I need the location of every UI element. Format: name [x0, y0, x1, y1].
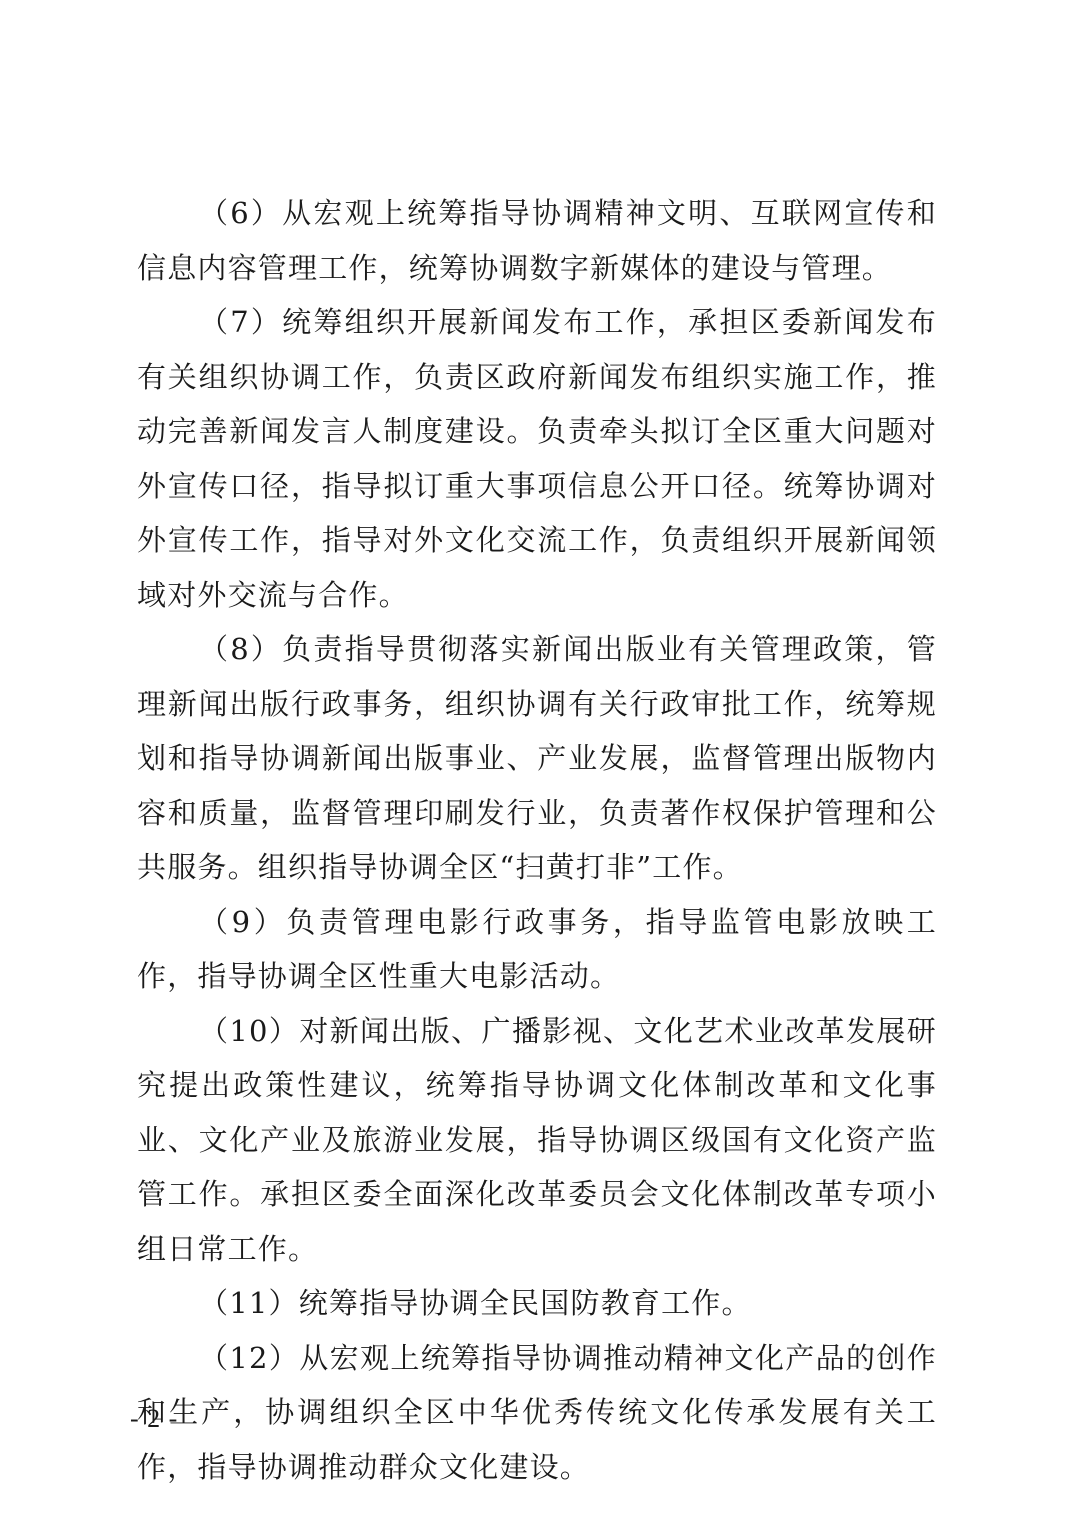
paragraph-item-9: （9）负责管理电影行政事务，指导监管电影放映工作，指导协调全区性重大电影活动。: [137, 895, 937, 1004]
paragraph-item-6: （6）从宏观上统筹指导协调精神文明、互联网宣传和信息内容管理工作，统筹协调数字新…: [137, 186, 937, 295]
paragraph-item-12: （12）从宏观上统筹指导协调推动精神文化产品的创作和生产，协调组织全区中华优秀传…: [137, 1331, 937, 1495]
paragraph-item-7: （7）统筹组织开展新闻发布工作，承担区委新闻发布有关组织协调工作，负责区政府新闻…: [137, 295, 937, 622]
paragraph-item-10: （10）对新闻出版、广播影视、文化艺术业改革发展研究提出政策性建议，统筹指导协调…: [137, 1004, 937, 1277]
paragraph-item-11: （11）统筹指导协调全民国防教育工作。: [137, 1276, 937, 1331]
paragraph-item-8: （8）负责指导贯彻落实新闻出版业有关管理政策，管理新闻出版行政事务，组织协调有关…: [137, 622, 937, 895]
page-number: - 2 -: [130, 1404, 178, 1434]
document-body: （6）从宏观上统筹指导协调精神文明、互联网宣传和信息内容管理工作，统筹协调数字新…: [137, 186, 937, 1494]
